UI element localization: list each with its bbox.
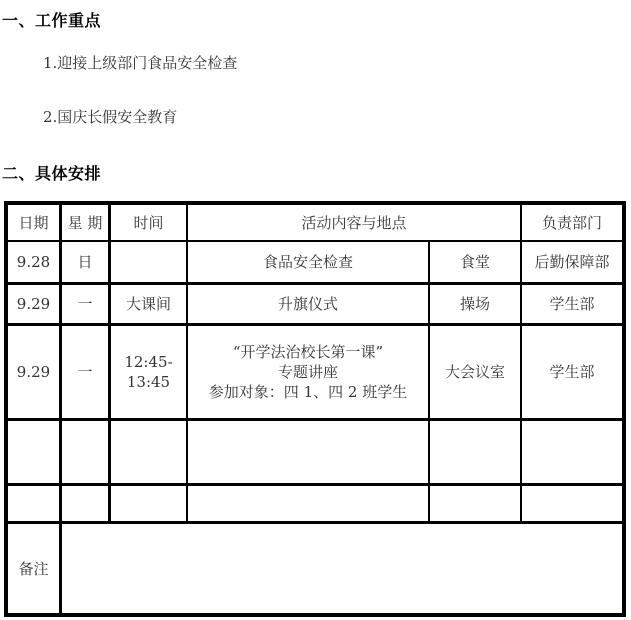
time-start: 12:45- <box>124 352 172 372</box>
section-heading-schedule: 二、具体安排 <box>2 161 101 184</box>
cell-weekday: 一 <box>62 285 108 323</box>
notes-label: 备注 <box>8 524 59 614</box>
cell-weekday: 一 <box>62 326 108 418</box>
notes-value[interactable] <box>62 524 622 614</box>
cell-department: 学生部 <box>522 326 622 418</box>
header-time: 时间 <box>111 205 186 241</box>
cell-activity: “开学法治校长第一课” 专题讲座 参加对象：四 1、四 2 班学生 <box>188 326 428 418</box>
header-activity-location: 活动内容与地点 <box>188 205 520 241</box>
header-date: 日期 <box>8 205 59 241</box>
focus-item-2: 2.国庆长假安全教育 <box>43 106 177 127</box>
cell-date: 9.29 <box>8 326 59 418</box>
cell-time: 12:45- 13:45 <box>111 326 186 418</box>
row-divider <box>6 483 624 486</box>
header-department: 负责部门 <box>522 205 622 241</box>
cell-location: 操场 <box>430 285 520 323</box>
cell-location: 食堂 <box>430 242 520 282</box>
cell-date: 9.28 <box>8 242 59 282</box>
cell-date: 9.29 <box>8 285 59 323</box>
header-weekday: 星 期 <box>62 205 108 241</box>
cell-time: 大课间 <box>111 285 186 323</box>
cell-location: 大会议室 <box>430 326 520 418</box>
cell-weekday: 日 <box>62 242 108 282</box>
activity-subtitle: 专题讲座 <box>278 362 338 382</box>
time-end: 13:45 <box>127 372 170 392</box>
cell-department: 后勤保障部 <box>522 242 622 282</box>
cell-time <box>111 242 186 282</box>
cell-activity: 食品安全检查 <box>188 242 428 282</box>
cell-department: 学生部 <box>522 285 622 323</box>
cell-activity: 升旗仪式 <box>188 285 428 323</box>
section-heading-work-focus: 一、工作重点 <box>2 8 101 31</box>
row-divider <box>6 418 624 421</box>
activity-participants: 参加对象：四 1、四 2 班学生 <box>209 382 407 402</box>
activity-title: “开学法治校长第一课” <box>233 342 383 362</box>
focus-item-1: 1.迎接上级部门食品安全检查 <box>43 52 237 73</box>
